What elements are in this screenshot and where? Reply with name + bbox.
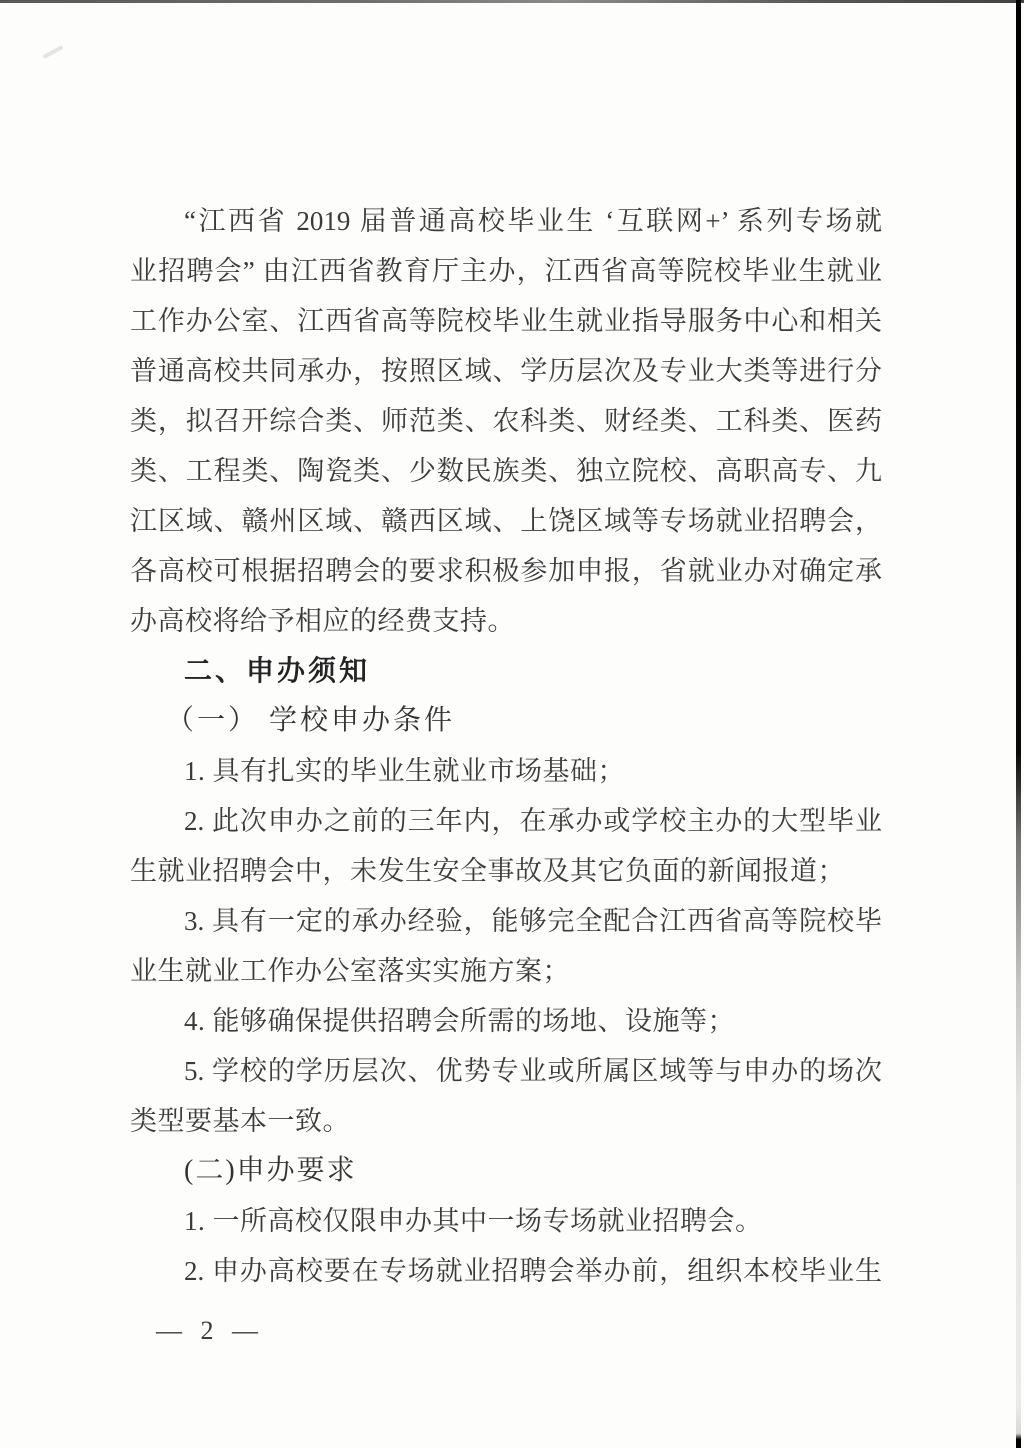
condition-item-3-line: 3. 具有一定的承办经验，能够完全配合江西省高等院校毕 [130, 896, 882, 946]
subsection-1-heading: （一） 学校申办条件 [130, 696, 882, 746]
intro-paragraph-line: 业招聘会” 由江西省教育厅主办，江西省高等院校毕业生就业 [130, 246, 882, 296]
intro-paragraph-line: 类，拟召开综合类、师范类、农科类、财经类、工科类、医药 [130, 396, 882, 446]
scan-edge-top-artifact [0, 0, 1024, 3]
condition-item-5-line: 5. 学校的学历层次、优势专业或所属区域等与申办的场次 [130, 1046, 882, 1096]
requirement-item-2-line: 2. 申办高校要在专场就业招聘会举办前，组织本校毕业生 [130, 1246, 882, 1296]
document-body: “江西省 2019 届普通高校毕业生 ‘互联网+’ 系列专场就 业招聘会” 由江… [130, 196, 882, 1296]
condition-item-2-line: 生就业招聘会中，未发生安全事故及其它负面的新闻报道； [130, 846, 882, 896]
intro-paragraph-line: 普通高校共同承办，按照区域、学历层次及专业大类等进行分 [130, 346, 882, 396]
requirement-item-1: 1. 一所高校仅限申办其中一场专场就业招聘会。 [130, 1196, 882, 1246]
intro-paragraph-line: 类、工程类、陶瓷类、少数民族类、独立院校、高职高专、九 [130, 446, 882, 496]
condition-item-5-line: 类型要基本一致。 [130, 1096, 882, 1146]
scan-smudge-mark [42, 45, 63, 59]
condition-item-4: 4. 能够确保提供招聘会所需的场地、设施等； [130, 996, 882, 1046]
intro-paragraph-line: “江西省 2019 届普通高校毕业生 ‘互联网+’ 系列专场就 [130, 196, 882, 246]
scan-edge-right-artifact [1016, 0, 1021, 1448]
condition-item-1: 1. 具有扎实的毕业生就业市场基础； [130, 746, 882, 796]
intro-paragraph-line: 各高校可根据招聘会的要求积极参加申报，省就业办对确定承 [130, 546, 882, 596]
condition-item-2-line: 2. 此次申办之前的三年内，在承办或学校主办的大型毕业 [130, 796, 882, 846]
document-page: “江西省 2019 届普通高校毕业生 ‘互联网+’ 系列专场就 业招聘会” 由江… [0, 0, 1024, 1448]
subsection-2-heading: (二)申办要求 [130, 1146, 882, 1196]
condition-item-3-line: 业生就业工作办公室落实实施方案； [130, 946, 882, 996]
intro-paragraph-line: 江区域、赣州区域、赣西区域、上饶区域等专场就业招聘会， [130, 496, 882, 546]
section-2-heading: 二、申办须知 [130, 646, 882, 696]
intro-paragraph-line: 工作办公室、江西省高等院校毕业生就业指导服务中心和相关 [130, 296, 882, 346]
intro-paragraph-line: 办高校将给予相应的经费支持。 [130, 596, 882, 646]
page-number: — 2 — [156, 1316, 264, 1346]
